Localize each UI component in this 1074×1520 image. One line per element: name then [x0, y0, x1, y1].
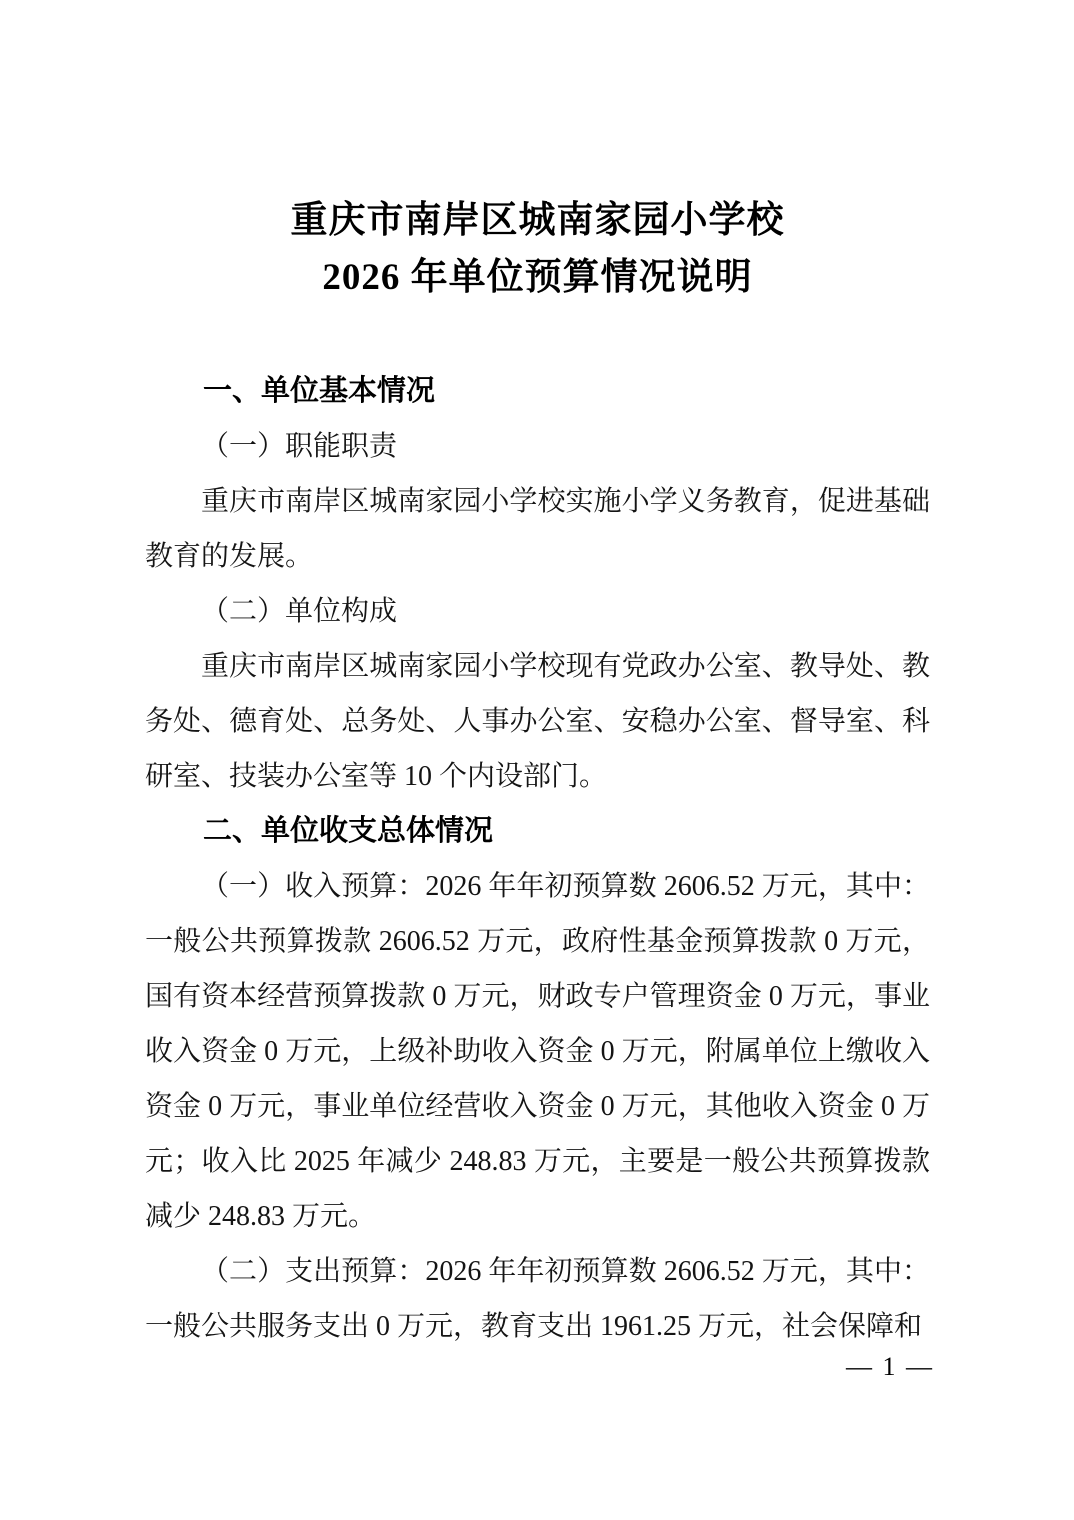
paragraph-composition: 重庆市南岸区城南家园小学校现有党政办公室、教导处、教务处、德育处、总务处、人事办… [145, 639, 930, 804]
document-page: 重庆市南岸区城南家园小学校 2026 年单位预算情况说明 一、单位基本情况 （一… [0, 0, 1074, 1520]
section-heading-basic-info: 一、单位基本情况 [145, 364, 930, 419]
page-number: — 1 — [846, 1352, 934, 1382]
document-title: 重庆市南岸区城南家园小学校 2026 年单位预算情况说明 [145, 192, 930, 306]
subsection-heading-functions: （一）职能职责 [145, 419, 930, 474]
paragraph-income-budget: （一）收入预算：2026 年年初预算数 2606.52 万元，其中：一般公共预算… [145, 859, 930, 1244]
subsection-heading-composition: （二）单位构成 [145, 584, 930, 639]
document-title-line-2: 2026 年单位预算情况说明 [145, 249, 930, 306]
document-title-line-1: 重庆市南岸区城南家园小学校 [145, 192, 930, 249]
paragraph-expenditure-budget: （二）支出预算：2026 年年初预算数 2606.52 万元，其中：一般公共服务… [145, 1244, 930, 1354]
paragraph-functions: 重庆市南岸区城南家园小学校实施小学义务教育，促进基础教育的发展。 [145, 474, 930, 584]
section-heading-budget-overview: 二、单位收支总体情况 [145, 804, 930, 859]
document-body: 一、单位基本情况 （一）职能职责 重庆市南岸区城南家园小学校实施小学义务教育，促… [145, 364, 930, 1354]
